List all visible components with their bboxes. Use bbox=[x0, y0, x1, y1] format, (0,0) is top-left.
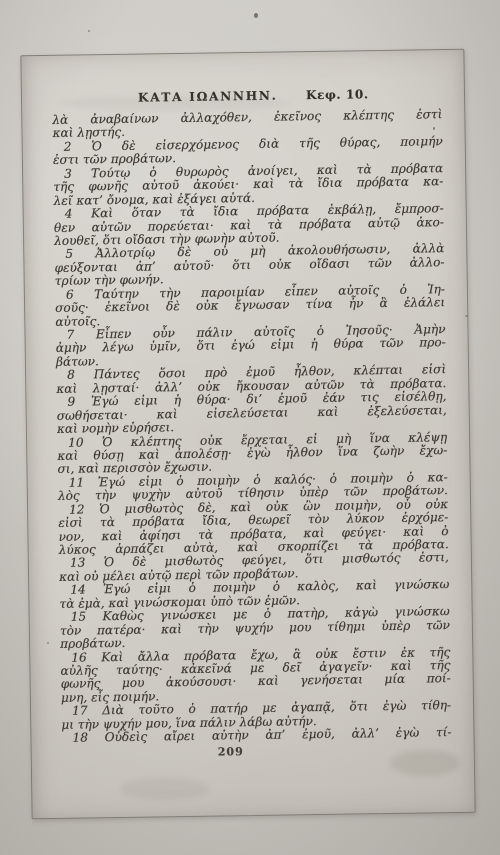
running-header: ΚΑΤΑ ΙΩΑΝΝΗΝ. Κεφ. 10. bbox=[52, 87, 442, 108]
photo-backdrop: ΚΑΤΑ ΙΩΑΝΝΗΝ. Κεφ. 10. λὰ ἀναβαίνων ἀλλα… bbox=[0, 0, 500, 855]
book-page: ΚΑΤΑ ΙΩΑΝΝΗΝ. Κεφ. 10. λὰ ἀναβαίνων ἀλλα… bbox=[20, 49, 475, 820]
photo-speck bbox=[254, 13, 258, 18]
header-chapter-label: Κεφ. 10. bbox=[306, 88, 369, 102]
printed-text-area: ΚΑΤΑ ΙΩΑΝΝΗΝ. Κεφ. 10. λὰ ἀναβαίνων ἀλλα… bbox=[52, 87, 452, 761]
header-title: ΚΑΤΑ ΙΩΑΝΝΗΝ. bbox=[138, 90, 278, 106]
scripture-text: λὰ ἀναβαίνων ἀλλαχόθεν, ἐκεῖνος κλέπτης … bbox=[52, 108, 451, 745]
photo-speck bbox=[88, 30, 90, 32]
